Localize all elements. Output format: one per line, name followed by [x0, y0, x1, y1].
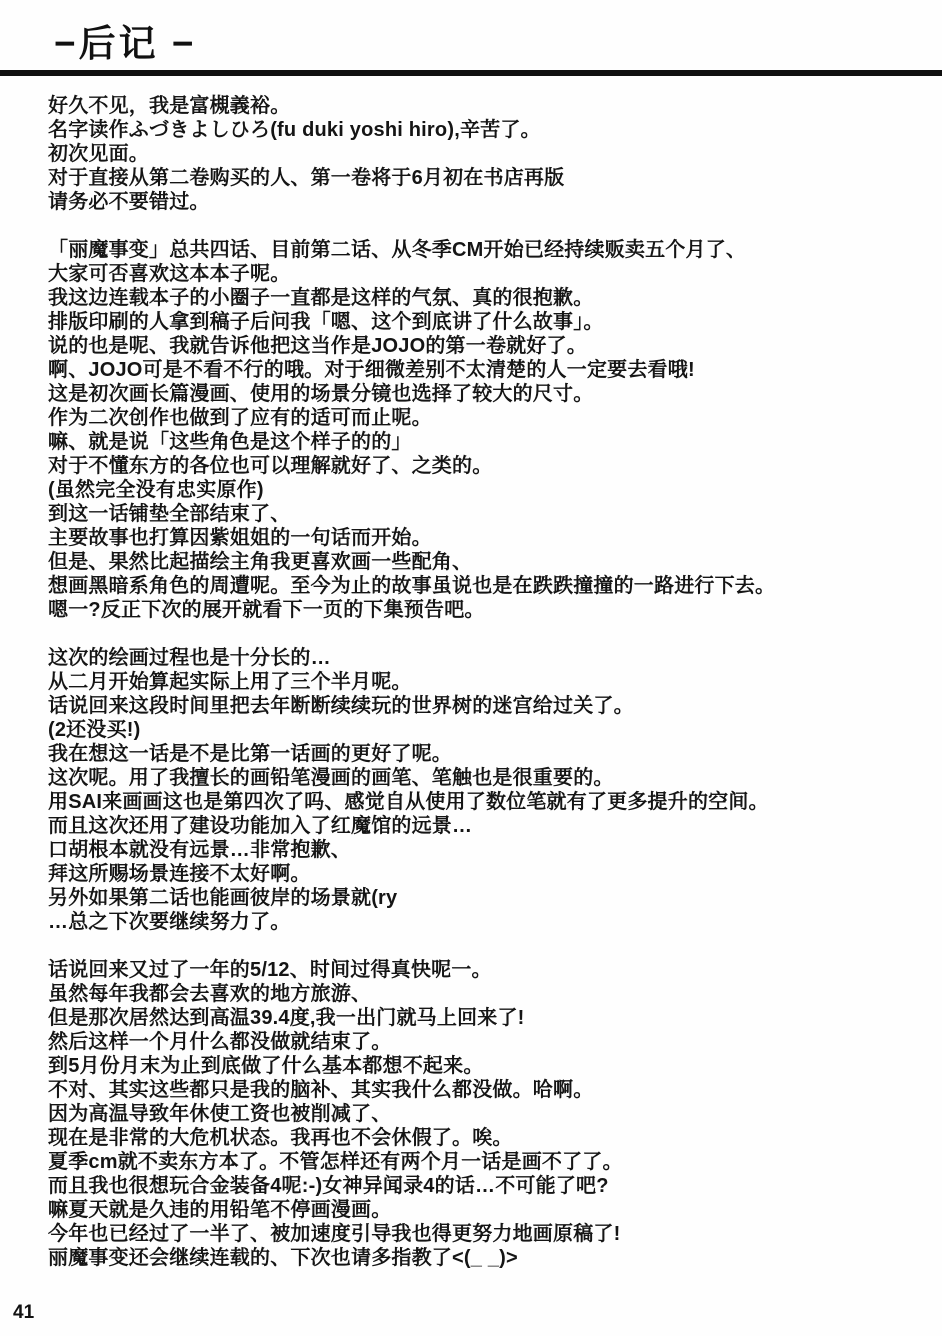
text-line: 因为高温导致年休使工资也被削减了、: [48, 1102, 930, 1126]
text-line: 话说回来这段时间里把去年断断续续玩的世界树的迷宫给过关了。: [48, 694, 930, 718]
text-line: …总之下次要继续努力了。: [48, 910, 930, 934]
text-line: 到这一话铺垫全部结束了、: [48, 502, 930, 526]
text-line: 我在想这一话是不是比第一话画的更好了呢。: [48, 742, 930, 766]
text-line: 嘛夏天就是久违的用铅笔不停画漫画。: [48, 1198, 930, 1222]
text-line: 请务必不要错过。: [48, 190, 930, 214]
text-line: (2还没买!): [48, 718, 930, 742]
text-line: 排版印刷的人拿到稿子后问我「嗯、这个到底讲了什么故事」。: [48, 310, 930, 334]
text-line: 作为二次创作也做到了应有的适可而止呢。: [48, 406, 930, 430]
afterword-page: −后记 − 好久不见，我是富槻義裕。名字读作ふづきよしひろ(fu duki yo…: [0, 0, 942, 1336]
text-line: 今年也已经过了一半了、被加速度引导我也得更努力地画原稿了!: [48, 1222, 930, 1246]
text-line: 对于不懂东方的各位也可以理解就好了、之类的。: [48, 454, 930, 478]
text-line: 拜这所赐场景连接不太好啊。: [48, 862, 930, 886]
text-line: 虽然每年我都会去喜欢的地方旅游、: [48, 982, 930, 1006]
text-line: 但是、果然比起描绘主角我更喜欢画一些配角、: [48, 550, 930, 574]
text-line: 啊、JOJO可是不看不行的哦。对于细微差别不太清楚的人一定要去看哦!: [48, 358, 930, 382]
text-line: 初次见面。: [48, 142, 930, 166]
text-line: 但是那次居然达到高温39.4度,我一出门就马上回来了!: [48, 1006, 930, 1030]
text-line: 嗯一?反正下次的展开就看下一页的下集预告吧。: [48, 598, 930, 622]
text-line: 不对、其实这些都只是我的脑补、其实我什么都没做。哈啊。: [48, 1078, 930, 1102]
page-number: 41: [13, 1302, 34, 1324]
text-line: 丽魔事变还会继续连载的、下次也请多指教了<(_ _)>: [48, 1246, 930, 1270]
text-line: 话说回来又过了一年的5/12、时间过得真快呢一。: [48, 958, 930, 982]
text-line: 对于直接从第二卷购买的人、第一卷将于6月初在书店再版: [48, 166, 930, 190]
text-line: 而且我也很想玩合金装备4呢:-)女神异闻录4的话…不可能了吧?: [48, 1174, 930, 1198]
afterword-text: 好久不见，我是富槻義裕。名字读作ふづきよしひろ(fu duki yoshi hi…: [48, 94, 930, 1294]
text-line: 而且这次还用了建设功能加入了红魔馆的远景…: [48, 814, 930, 838]
text-line: 想画黑暗系角色的周遭呢。至今为止的故事虽说也是在跌跌撞撞的一路进行下去。: [48, 574, 930, 598]
text-line: 名字读作ふづきよしひろ(fu duki yoshi hiro),辛苦了。: [48, 118, 930, 142]
paragraph: 好久不见，我是富槻義裕。名字读作ふづきよしひろ(fu duki yoshi hi…: [48, 94, 930, 214]
text-line: 「丽魔事变」总共四话、目前第二话、从冬季CM开始已经持续贩卖五个月了、: [48, 238, 930, 262]
text-line: 现在是非常的大危机状态。我再也不会休假了。唉。: [48, 1126, 930, 1150]
text-line: 口胡根本就没有远景…非常抱歉、: [48, 838, 930, 862]
text-line: 这次呢。用了我擅长的画铅笔漫画的画笔、笔触也是很重要的。: [48, 766, 930, 790]
text-line: 这是初次画长篇漫画、使用的场景分镜也选择了较大的尺寸。: [48, 382, 930, 406]
text-line: 另外如果第二话也能画彼岸的场景就(ry: [48, 886, 930, 910]
text-line: 说的也是呢、我就告诉他把这当作是JOJO的第一卷就好了。: [48, 334, 930, 358]
text-line: 然后这样一个月什么都没做就结束了。: [48, 1030, 930, 1054]
text-line: 夏季cm就不卖东方本了。不管怎样还有两个月一话是画不了了。: [48, 1150, 930, 1174]
text-line: 主要故事也打算因紫姐姐的一句话而开始。: [48, 526, 930, 550]
paragraph: 这次的绘画过程也是十分长的…从二月开始算起实际上用了三个半月呢。话说回来这段时间…: [48, 646, 930, 934]
header-divider: [0, 70, 942, 76]
text-line: (虽然完全没有忠实原作): [48, 478, 930, 502]
text-line: 好久不见，我是富槻義裕。: [48, 94, 930, 118]
page-title: −后记 −: [54, 22, 197, 66]
text-line: 我这边连载本子的小圈子一直都是这样的气氛、真的很抱歉。: [48, 286, 930, 310]
text-line: 用SAI来画画这也是第四次了吗、感觉自从使用了数位笔就有了更多提升的空间。: [48, 790, 930, 814]
text-line: 到5月份月末为止到底做了什么基本都想不起来。: [48, 1054, 930, 1078]
text-line: 这次的绘画过程也是十分长的…: [48, 646, 930, 670]
text-line: 嘛、就是说「这些角色是这个样子的的」: [48, 430, 930, 454]
paragraph: 「丽魔事变」总共四话、目前第二话、从冬季CM开始已经持续贩卖五个月了、大家可否喜…: [48, 238, 930, 622]
paragraph: 话说回来又过了一年的5/12、时间过得真快呢一。虽然每年我都会去喜欢的地方旅游、…: [48, 958, 930, 1270]
text-line: 大家可否喜欢这本本子呢。: [48, 262, 930, 286]
text-line: 从二月开始算起实际上用了三个半月呢。: [48, 670, 930, 694]
